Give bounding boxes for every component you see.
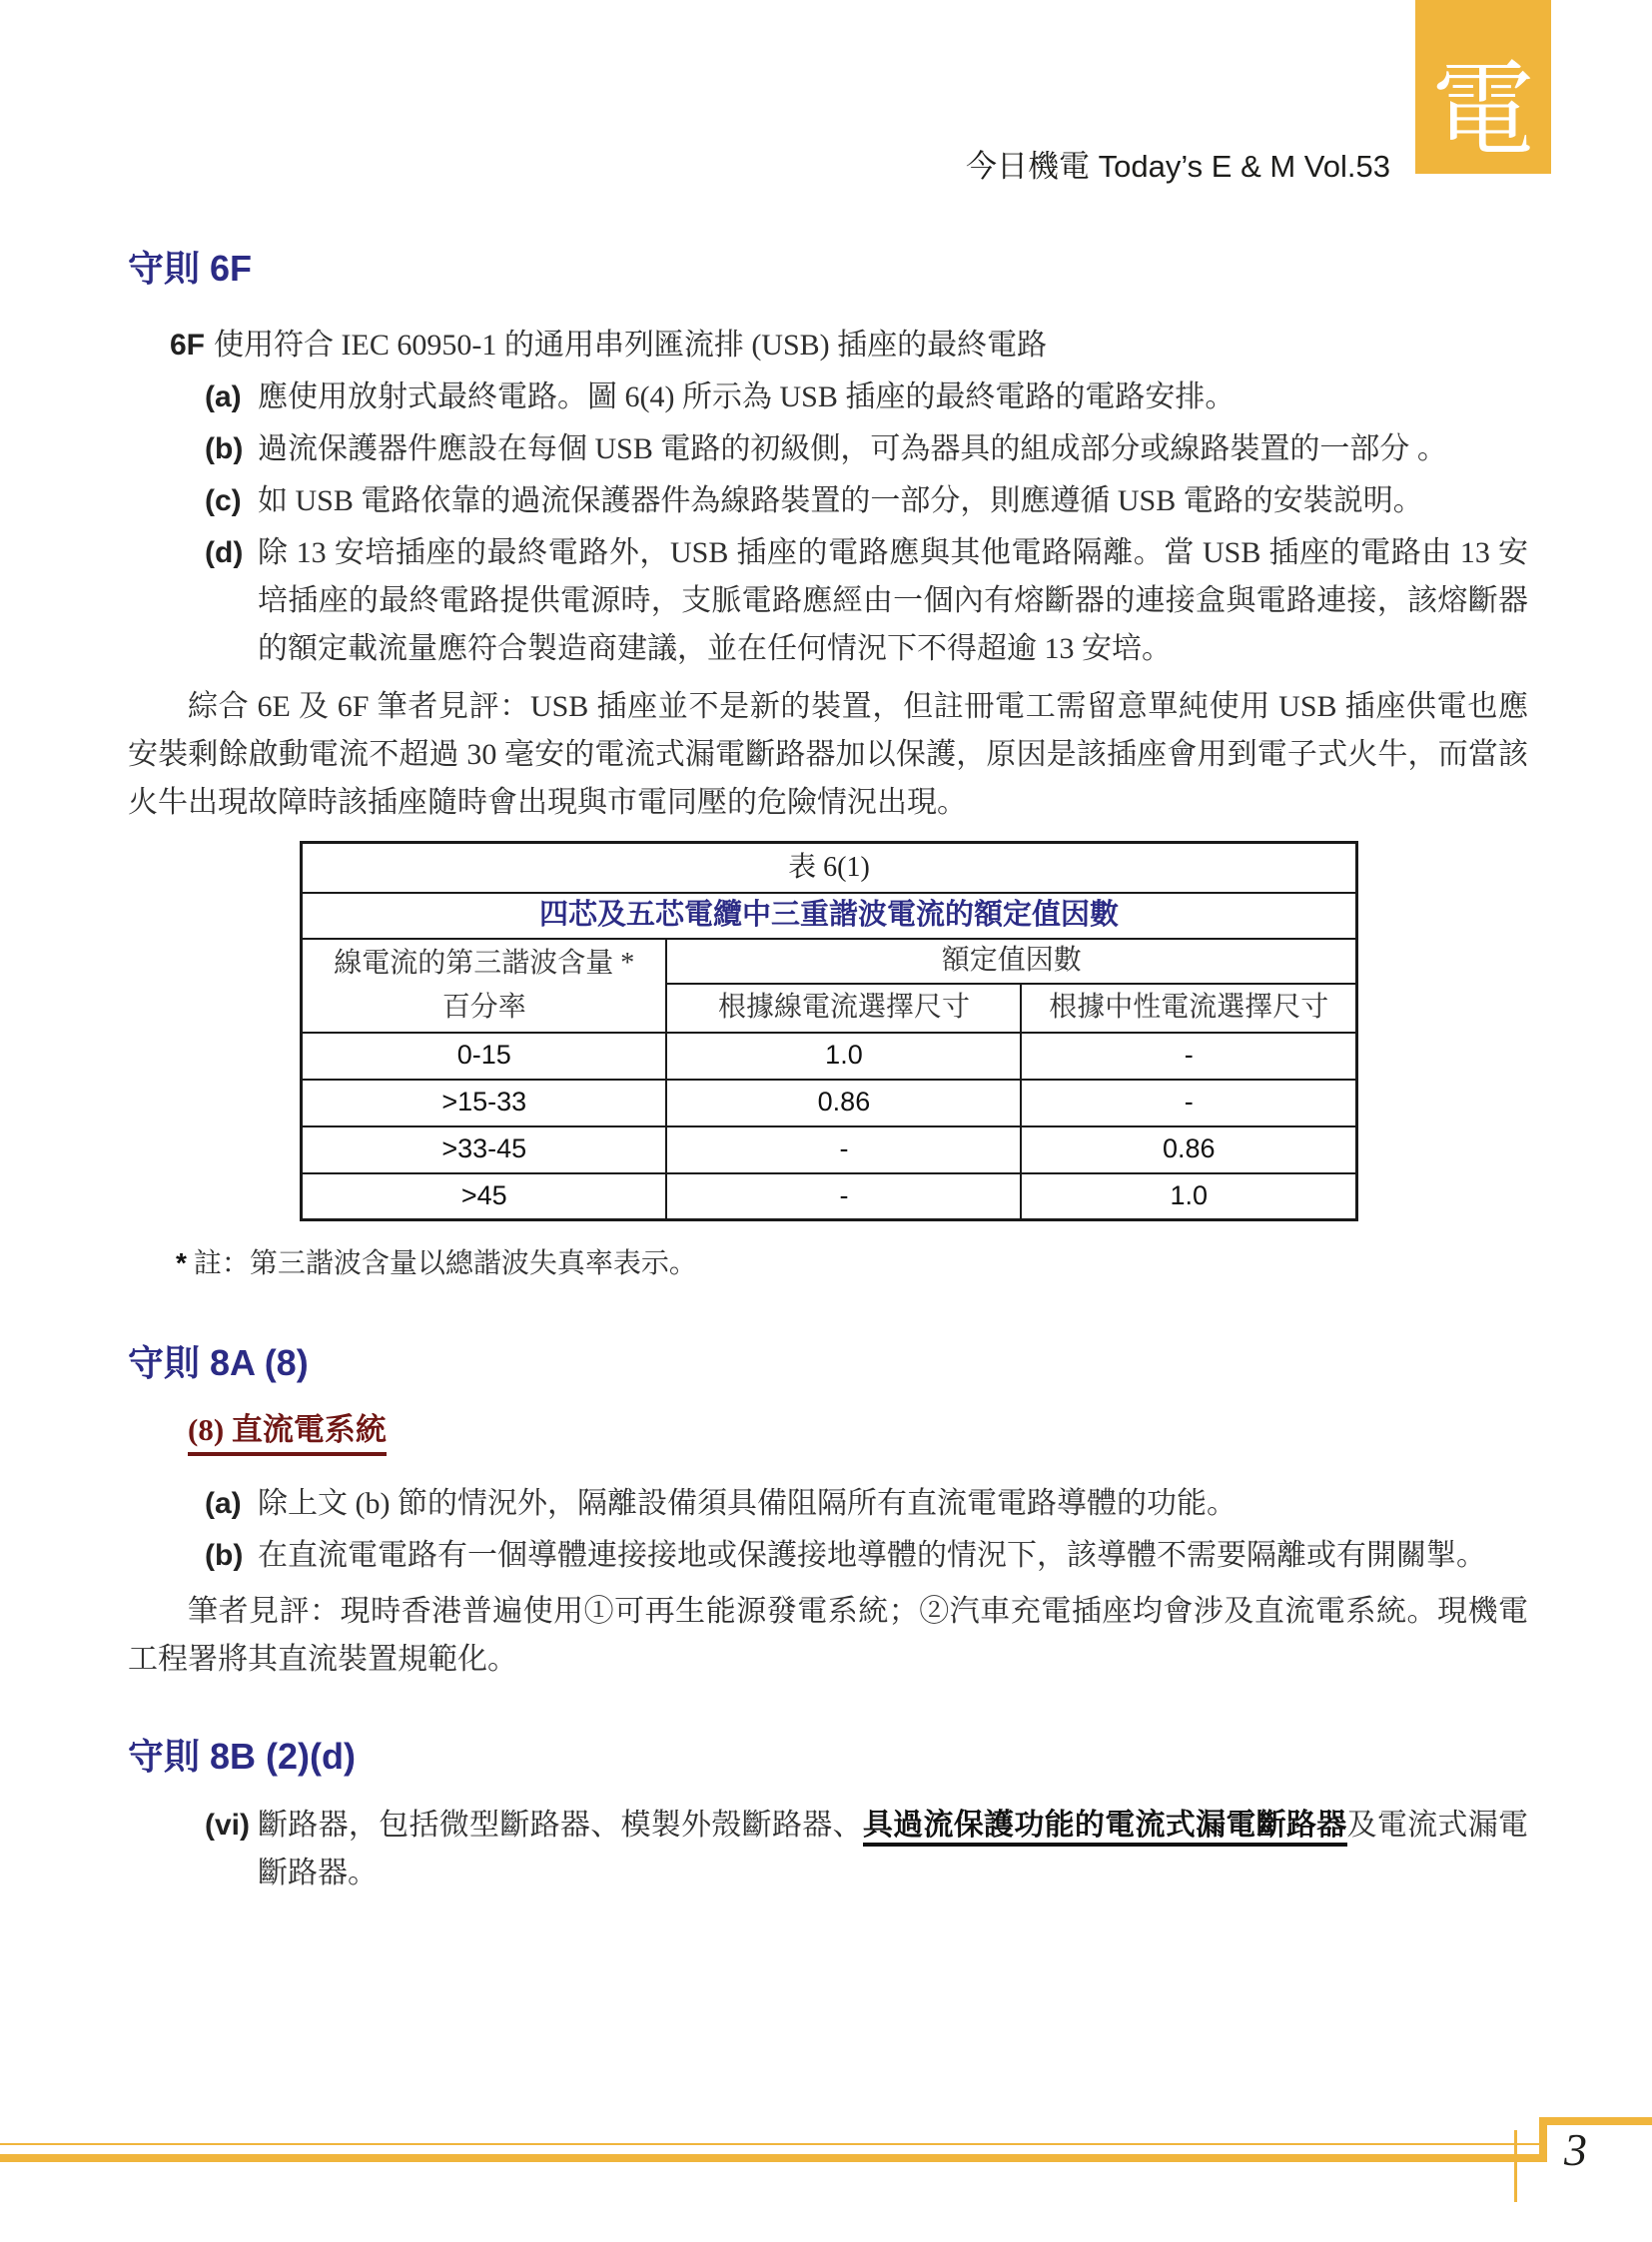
col-header-harmonic-content: 線電流的第三諧波含量 * 百分率 [302, 939, 667, 1033]
rule-8b-list: (vi) 斷路器，包括微型斷路器、模製外殼斷路器、具過流保護功能的電流式漏電斷路… [128, 1802, 1528, 1897]
table-cell: 1.0 [666, 1033, 1021, 1080]
table-cell: 1.0 [1021, 1173, 1356, 1220]
table-header-row: 線電流的第三諧波含量 * 百分率 額定值因數 [302, 939, 1357, 985]
table-cell: 0.86 [1021, 1126, 1356, 1173]
table-row: 0-15 1.0 - [302, 1033, 1357, 1080]
col-header-neutral-current: 根據中性電流選擇尺寸 [1021, 984, 1356, 1032]
rule-8a-list: (a) 除上文 (b) 節的情況外，隔離設備須具備阻隔所有直流電電路導體的功能。… [128, 1480, 1528, 1580]
footer-upper-line [1547, 2117, 1652, 2125]
subsection-heading-dc-system: (8) 直流電系統 [188, 1410, 387, 1456]
section-heading-8a: 守則 8A (8) [128, 1340, 1528, 1386]
footer-tick-vertical [1514, 2130, 1517, 2202]
page-number: 3 [1564, 2123, 1587, 2176]
section-heading-6f: 守則 6F [128, 246, 1528, 292]
table-cell: 0-15 [302, 1033, 667, 1080]
item-text: 過流保護器件應設在每個 USB 電路的初級側，可為器具的組成部分或線路裝置的一部… [258, 425, 1528, 473]
rule-6f-list: (a) 應使用放射式最終電路。圖 6(4) 所示為 USB 插座的最終電路的電路… [128, 374, 1528, 673]
table-title: 四芯及五芯電纜中三重諧波電流的額定值因數 [302, 893, 1357, 939]
rule-8a-item-b: (b) 在直流電電路有一個導體連接接地或保護接地導體的情況下，該導體不需要隔離或… [128, 1532, 1528, 1580]
item-label: (c) [205, 477, 258, 525]
item-text: 斷路器，包括微型斷路器、模製外殼斷路器、具過流保護功能的電流式漏電斷路器及電流式… [258, 1802, 1528, 1897]
item-text: 如 USB 電路依靠的過流保護器件為線路裝置的一部分，則應遵循 USB 電路的安… [258, 477, 1528, 525]
footer-step-vertical [1539, 2117, 1547, 2162]
table-cell: >33-45 [302, 1126, 667, 1173]
item-text: 除 13 安培插座的最終電路外，USB 插座的電路應與其他電路隔離。當 USB … [258, 529, 1528, 673]
rule-6f-item-c: (c) 如 USB 電路依靠的過流保護器件為線路裝置的一部分，則應遵循 USB … [128, 477, 1528, 525]
table-cell: 0.86 [666, 1080, 1021, 1126]
table-footnote: * 註：第三諧波含量以總諧波失真率表示。 [176, 1239, 1528, 1288]
col-header-line1: 線電流的第三諧波含量 * [307, 942, 661, 986]
table-row: >15-33 0.86 - [302, 1080, 1357, 1126]
commentary-6f: 綜合 6E 及 6F 筆者見評：USB 插座並不是新的裝置，但註冊電工需留意單純… [128, 683, 1528, 827]
document-page: 電 今日機電 Today’s E & M Vol.53 守則 6F 6F 使用符… [0, 0, 1652, 2242]
item-text: 除上文 (b) 節的情況外，隔離設備須具備阻隔所有直流電電路導體的功能。 [258, 1480, 1528, 1528]
footer-thick-line [0, 2154, 1539, 2162]
table-title-row: 四芯及五芯電纜中三重諧波電流的額定值因數 [302, 893, 1357, 939]
commentary-8a: 筆者見評：現時香港普遍使用①可再生能源發電系統；②汽車充電插座均會涉及直流電系統… [128, 1588, 1528, 1684]
table-cell: - [1021, 1080, 1356, 1126]
table-cell: - [1021, 1033, 1356, 1080]
rule-6f-item-d: (d) 除 13 安培插座的最終電路外，USB 插座的電路應與其他電路隔離。當 … [128, 529, 1528, 673]
table-cell: - [666, 1126, 1021, 1173]
footer-thin-line [0, 2143, 1546, 2145]
table-caption: 表 6(1) [302, 843, 1357, 893]
table-row: >33-45 - 0.86 [302, 1126, 1357, 1173]
table-row: >45 - 1.0 [302, 1173, 1357, 1220]
subsection-heading-wrap: (8) 直流電系統 [128, 1386, 1528, 1456]
rule-8a-item-a: (a) 除上文 (b) 節的情況外，隔離設備須具備阻隔所有直流電電路導體的功能。 [128, 1480, 1528, 1528]
item-text: 應使用放射式最終電路。圖 6(4) 所示為 USB 插座的最終電路的電路安排。 [258, 374, 1528, 421]
rule-8b-item-vi: (vi) 斷路器，包括微型斷路器、模製外殼斷路器、具過流保護功能的電流式漏電斷路… [128, 1802, 1528, 1897]
footnote-text: 註：第三諧波含量以總諧波失真率表示。 [187, 1248, 697, 1279]
table-6-1: 表 6(1) 四芯及五芯電纜中三重諧波電流的額定值因數 線電流的第三諧波含量 *… [300, 841, 1358, 1221]
rule-6f-item-a: (a) 應使用放射式最終電路。圖 6(4) 所示為 USB 插座的最終電路的電路… [128, 374, 1528, 421]
item-label: (a) [205, 1480, 258, 1528]
item-label: (d) [205, 529, 258, 673]
document-body: 守則 6F 6F 使用符合 IEC 60950-1 的通用串列匯流排 (USB)… [0, 0, 1652, 1897]
item-text-pre: 斷路器，包括微型斷路器、模製外殼斷路器、 [258, 1809, 863, 1842]
item-label: (vi) [205, 1802, 258, 1897]
item-text-emphasis: 具過流保護功能的電流式漏電斷路器 [863, 1809, 1347, 1847]
table-caption-row: 表 6(1) [302, 843, 1357, 893]
item-text: 在直流電電路有一個導體連接接地或保護接地導體的情況下，該導體不需要隔離或有開關掣… [258, 1532, 1528, 1580]
section-heading-8b: 守則 8B (2)(d) [128, 1734, 1528, 1780]
rule-6f-intro: 6F 使用符合 IEC 60950-1 的通用串列匯流排 (USB) 插座的最終… [128, 322, 1528, 370]
rule-6f-intro-label: 6F [170, 322, 214, 370]
group-header-rating-factor: 額定值因數 [666, 939, 1356, 985]
item-label: (b) [205, 425, 258, 473]
table-cell: >45 [302, 1173, 667, 1220]
col-header-line2: 百分率 [307, 986, 661, 1030]
footnote-marker: * [176, 1247, 187, 1278]
rule-6f-intro-text: 使用符合 IEC 60950-1 的通用串列匯流排 (USB) 插座的最終電路 [214, 322, 1528, 370]
col-header-line-current: 根據線電流選擇尺寸 [666, 984, 1021, 1032]
table-cell: - [666, 1173, 1021, 1220]
item-label: (a) [205, 374, 258, 421]
rule-6f-item-b: (b) 過流保護器件應設在每個 USB 電路的初級側，可為器具的組成部分或線路裝… [128, 425, 1528, 473]
item-label: (b) [205, 1532, 258, 1580]
table-cell: >15-33 [302, 1080, 667, 1126]
